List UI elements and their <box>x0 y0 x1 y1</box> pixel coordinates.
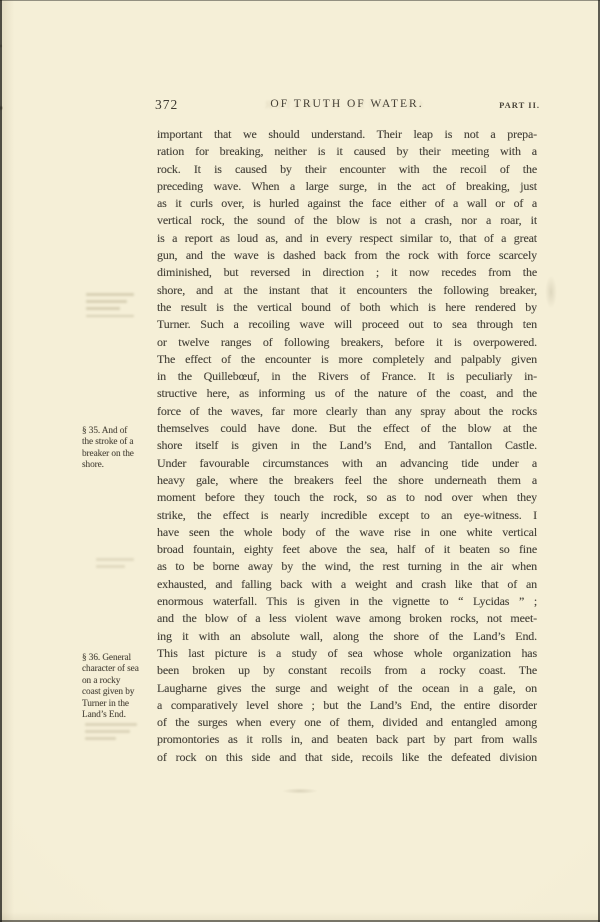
body-text-line: force of the waves, far more clearly tha… <box>157 403 537 420</box>
bleed-through-margin-note-ghost <box>86 293 134 322</box>
body-text-line: shore, and at the instant that it encoun… <box>157 282 537 299</box>
body-text-line: and the blow of a less violent wave amon… <box>157 610 537 627</box>
margin-note-line: coast given by <box>82 687 156 698</box>
margin-note-36: § 36. Generalcharacter of seaon a rockyc… <box>82 653 156 721</box>
paper-smudge <box>543 270 559 314</box>
body-text-line: Under favourable circumstances with an a… <box>157 455 537 472</box>
body-text-line: promontories as it rolls in, and beaten … <box>157 731 537 748</box>
body-text-line: The effect of the encounter is more comp… <box>157 351 537 368</box>
margin-note-line: Turner in the <box>82 699 156 710</box>
margin-note-line: § 35. And of <box>82 426 156 437</box>
running-header: 372 OF TRUTH OF WATER. PART II. <box>0 97 600 113</box>
body-text-line: vertical rock, the sound of the blow is … <box>157 212 537 229</box>
body-text-line: a comparatively level shore ; but the La… <box>157 697 537 714</box>
body-text-line: the result is the vertical bound of both… <box>157 299 537 316</box>
margin-note-line: Land’s End. <box>82 710 156 721</box>
body-text-line: ing it with an absolute wall, along the … <box>157 628 537 645</box>
body-text-line: or twelve ranges of following breakers, … <box>157 334 537 351</box>
body-text-line: heavy gale, where the breakers feel the … <box>157 472 537 489</box>
body-text-line: have seen the whole body of the wave ris… <box>157 524 537 541</box>
body-text-line: moment before they touch the rock, so as… <box>157 489 537 506</box>
body-text-line: as it curls over, is hurled against the … <box>157 195 537 212</box>
margin-note-line: shore. <box>82 460 156 471</box>
body-text-line: This last picture is a study of sea whos… <box>157 645 537 662</box>
body-text-line: gun, and the wave is dashed back from th… <box>157 247 537 264</box>
margin-note-line: on a rocky <box>82 676 156 687</box>
bleed-through-margin-note-ghost <box>85 723 137 745</box>
body-text-line: structive here, as informing us of the n… <box>157 385 537 402</box>
margin-note-line: character of sea <box>82 664 156 675</box>
paper-smudge <box>276 787 324 795</box>
body-text-line: strike, the effect is nearly incredible … <box>157 507 537 524</box>
body-text-line: Turner. Such a recoiling wave will proce… <box>157 316 537 333</box>
body-text-line: exhausted, and falling back with a weigh… <box>157 576 537 593</box>
body-text-line: is a report as loud as, and in every res… <box>157 230 537 247</box>
body-text-line: preceding wave. When a large surge, in t… <box>157 178 537 195</box>
margin-note-line: the stroke of a <box>82 437 156 448</box>
body-text-line: ration for breaking, neither is it cause… <box>157 143 537 160</box>
margin-note-line: § 36. General <box>82 653 156 664</box>
body-text-line: themselves could have done. But the effe… <box>157 420 537 437</box>
body-text-line: broad fountain, eighty feet above the se… <box>157 541 537 558</box>
body-text-line: as to be borne away by the wind, the res… <box>157 558 537 575</box>
body-text-line: important that we should understand. The… <box>157 126 537 143</box>
margin-note-35: § 35. And ofthe stroke of abreaker on th… <box>82 426 156 472</box>
body-text-line: been broken up by constant recoils from … <box>157 662 537 679</box>
body-text-line: rock. It is caused by their encounter wi… <box>157 161 537 178</box>
part-label: PART II. <box>499 100 540 110</box>
body-text-line: in the Quillebœuf, in the Rivers of Fran… <box>157 368 537 385</box>
body-text-line: diminished, but reversed in direction ; … <box>157 264 537 281</box>
body-text-line: Laugharne gives the surge and weight of … <box>157 680 537 697</box>
margin-note-line: breaker on the <box>82 449 156 460</box>
body-text-line: of rock on this side and that side, reco… <box>157 749 537 766</box>
body-text-line: shore itself is given in the Land’s End,… <box>157 437 537 454</box>
body-text: important that we should understand. The… <box>157 126 537 766</box>
bleed-through-margin-note-ghost <box>96 558 134 572</box>
running-title: OF TRUTH OF WATER. <box>157 98 537 110</box>
body-text-line: enormous waterfall. This is given in the… <box>157 593 537 610</box>
book-page-scan: OF TRUTH OF WATER 372 OF TRUTH OF WATER.… <box>0 0 600 922</box>
body-text-line: of the surges when every one of them, di… <box>157 714 537 731</box>
